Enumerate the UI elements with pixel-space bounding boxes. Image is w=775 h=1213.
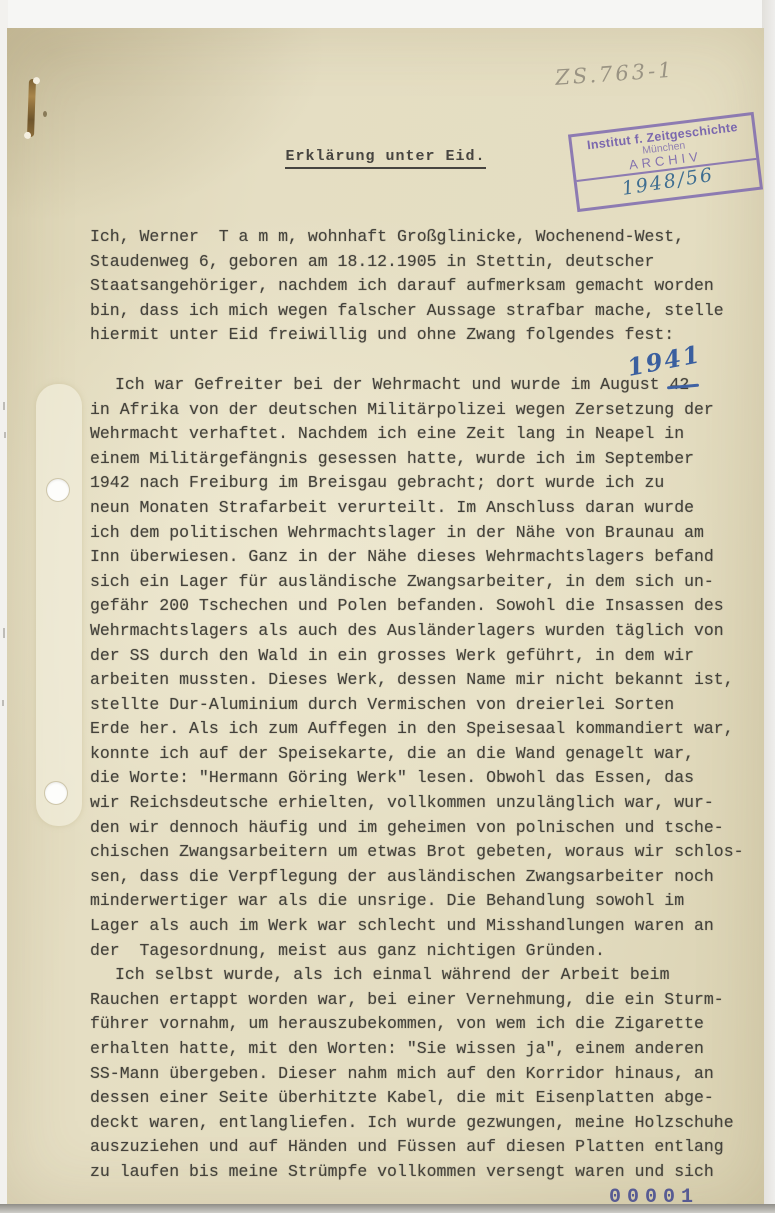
scan-artifact: [3, 402, 5, 410]
text-line: zu laufen bis meine Strümpfe vollkommen …: [90, 1160, 760, 1185]
binder-reinforcement-strip: [36, 384, 82, 826]
scanned-document: ZS.763-1 Institut f. Zeitgeschichte Münc…: [0, 0, 775, 1213]
text-line: führer vornahm, um herauszubekommen, von…: [90, 1012, 760, 1037]
staple: [27, 79, 36, 137]
text-line: wir Reichsdeutsche erhielten, vollkommen…: [90, 791, 760, 816]
document-title: Erklärung unter Eid.: [7, 148, 764, 165]
text-line: Ich selbst wurde, als ich einmal während…: [90, 963, 760, 988]
text-line: Staudenweg 6, geboren am 18.12.1905 in S…: [90, 250, 760, 275]
text-line: einem Militärgefängnis gesessen hatte, w…: [90, 447, 760, 472]
text-line: stellte Dur-Aluminium durch Vermischen v…: [90, 693, 760, 718]
line-pre-text: Ich war Gefreiter bei der Wehrmacht und …: [115, 375, 670, 394]
text-line: SS-Mann übergeben. Dieser nahm mich auf …: [90, 1062, 760, 1087]
scan-artifact: [4, 432, 6, 438]
text-line: chischen Zwangsarbeitern um etwas Brot g…: [90, 840, 760, 865]
text-line: Ich, Werner T a m m, wohnhaft Großglinic…: [90, 225, 760, 250]
text-line: erhalten hatte, mit den Worten: "Sie wis…: [90, 1037, 760, 1062]
text-line: der Tagesordnung, meist aus ganz nichtig…: [90, 939, 760, 964]
scan-artifact: [2, 700, 4, 706]
scan-artifact: [3, 628, 5, 638]
text-line: arbeiten mussten. Dieses Werk, dessen Na…: [90, 668, 760, 693]
punch-hole-top: [47, 479, 69, 501]
struck-year: 42: [670, 375, 690, 394]
text-line: Staatsangehöriger, nachdem ich darauf au…: [90, 274, 760, 299]
text-line: den wir dennoch häufig und im geheimen v…: [90, 816, 760, 841]
text-line: dessen einer Seite überhitzte Kabel, die…: [90, 1086, 760, 1111]
text-line: der SS durch den Wald in ein grosses Wer…: [90, 644, 760, 669]
paragraph-oath-intro: Ich, Werner T a m m, wohnhaft Großglinic…: [90, 225, 760, 348]
paragraph-account: Ich war Gefreiter bei der Wehrmacht und …: [90, 373, 760, 963]
text-line: sich ein Lager für ausländische Zwangsar…: [90, 570, 760, 595]
text-line: Wehrmachtslagers als auch des Ausländerl…: [90, 619, 760, 644]
text-line: Wehrmacht verhaftet. Nachdem ich eine Ze…: [90, 422, 760, 447]
text-line: minderwertiger war als die unsrige. Die …: [90, 889, 760, 914]
scan-border-bottom: [0, 1204, 775, 1213]
text-line: bin, dass ich mich wegen falscher Aussag…: [90, 299, 760, 324]
typed-body: Ich, Werner T a m m, wohnhaft Großglinic…: [90, 225, 760, 1185]
text-line: auszuziehen und auf Händen und Füssen au…: [90, 1135, 760, 1160]
punch-hole-bottom: [45, 782, 67, 804]
text-line: Erde her. Als ich zum Auffegen in den Sp…: [90, 717, 760, 742]
text-line: in Afrika von der deutschen Militärpoliz…: [90, 398, 760, 423]
text-line: sen, dass die Verpflegung der ausländisc…: [90, 865, 760, 890]
paragraph-punishment: Ich selbst wurde, als ich einmal während…: [90, 963, 760, 1184]
text-line-with-correction: Ich war Gefreiter bei der Wehrmacht und …: [90, 373, 760, 398]
text-line: gefähr 200 Tschechen und Polen befanden.…: [90, 594, 760, 619]
text-line: hiermit unter Eid freiwillig und ohne Zw…: [90, 323, 760, 348]
archive-signature-pencil: ZS.763-1: [554, 54, 725, 90]
text-line: die Worte: "Hermann Göring Werk" lesen. …: [90, 766, 760, 791]
text-line: ich dem politischen Wehrmachtslager in d…: [90, 521, 760, 546]
text-line: Inn überwiesen. Ganz in der Nähe dieses …: [90, 545, 760, 570]
text-line: konnte ich auf der Speisekarte, die an d…: [90, 742, 760, 767]
text-line: Rauchen ertappt worden war, bei einer Ve…: [90, 988, 760, 1013]
ink-speck: [43, 111, 47, 117]
document-page: ZS.763-1 Institut f. Zeitgeschichte Münc…: [7, 28, 764, 1205]
text-line: Lager als auch im Werk war schlecht und …: [90, 914, 760, 939]
text-line: neun Monaten Strafarbeit verurteilt. Im …: [90, 496, 760, 521]
text-line: 1942 nach Freiburg im Breisgau gebracht;…: [90, 471, 760, 496]
text-line: deckt waren, entlangliefen. Ich wurde ge…: [90, 1111, 760, 1136]
paragraph-account-lines: in Afrika von der deutschen Militärpoliz…: [90, 398, 760, 964]
